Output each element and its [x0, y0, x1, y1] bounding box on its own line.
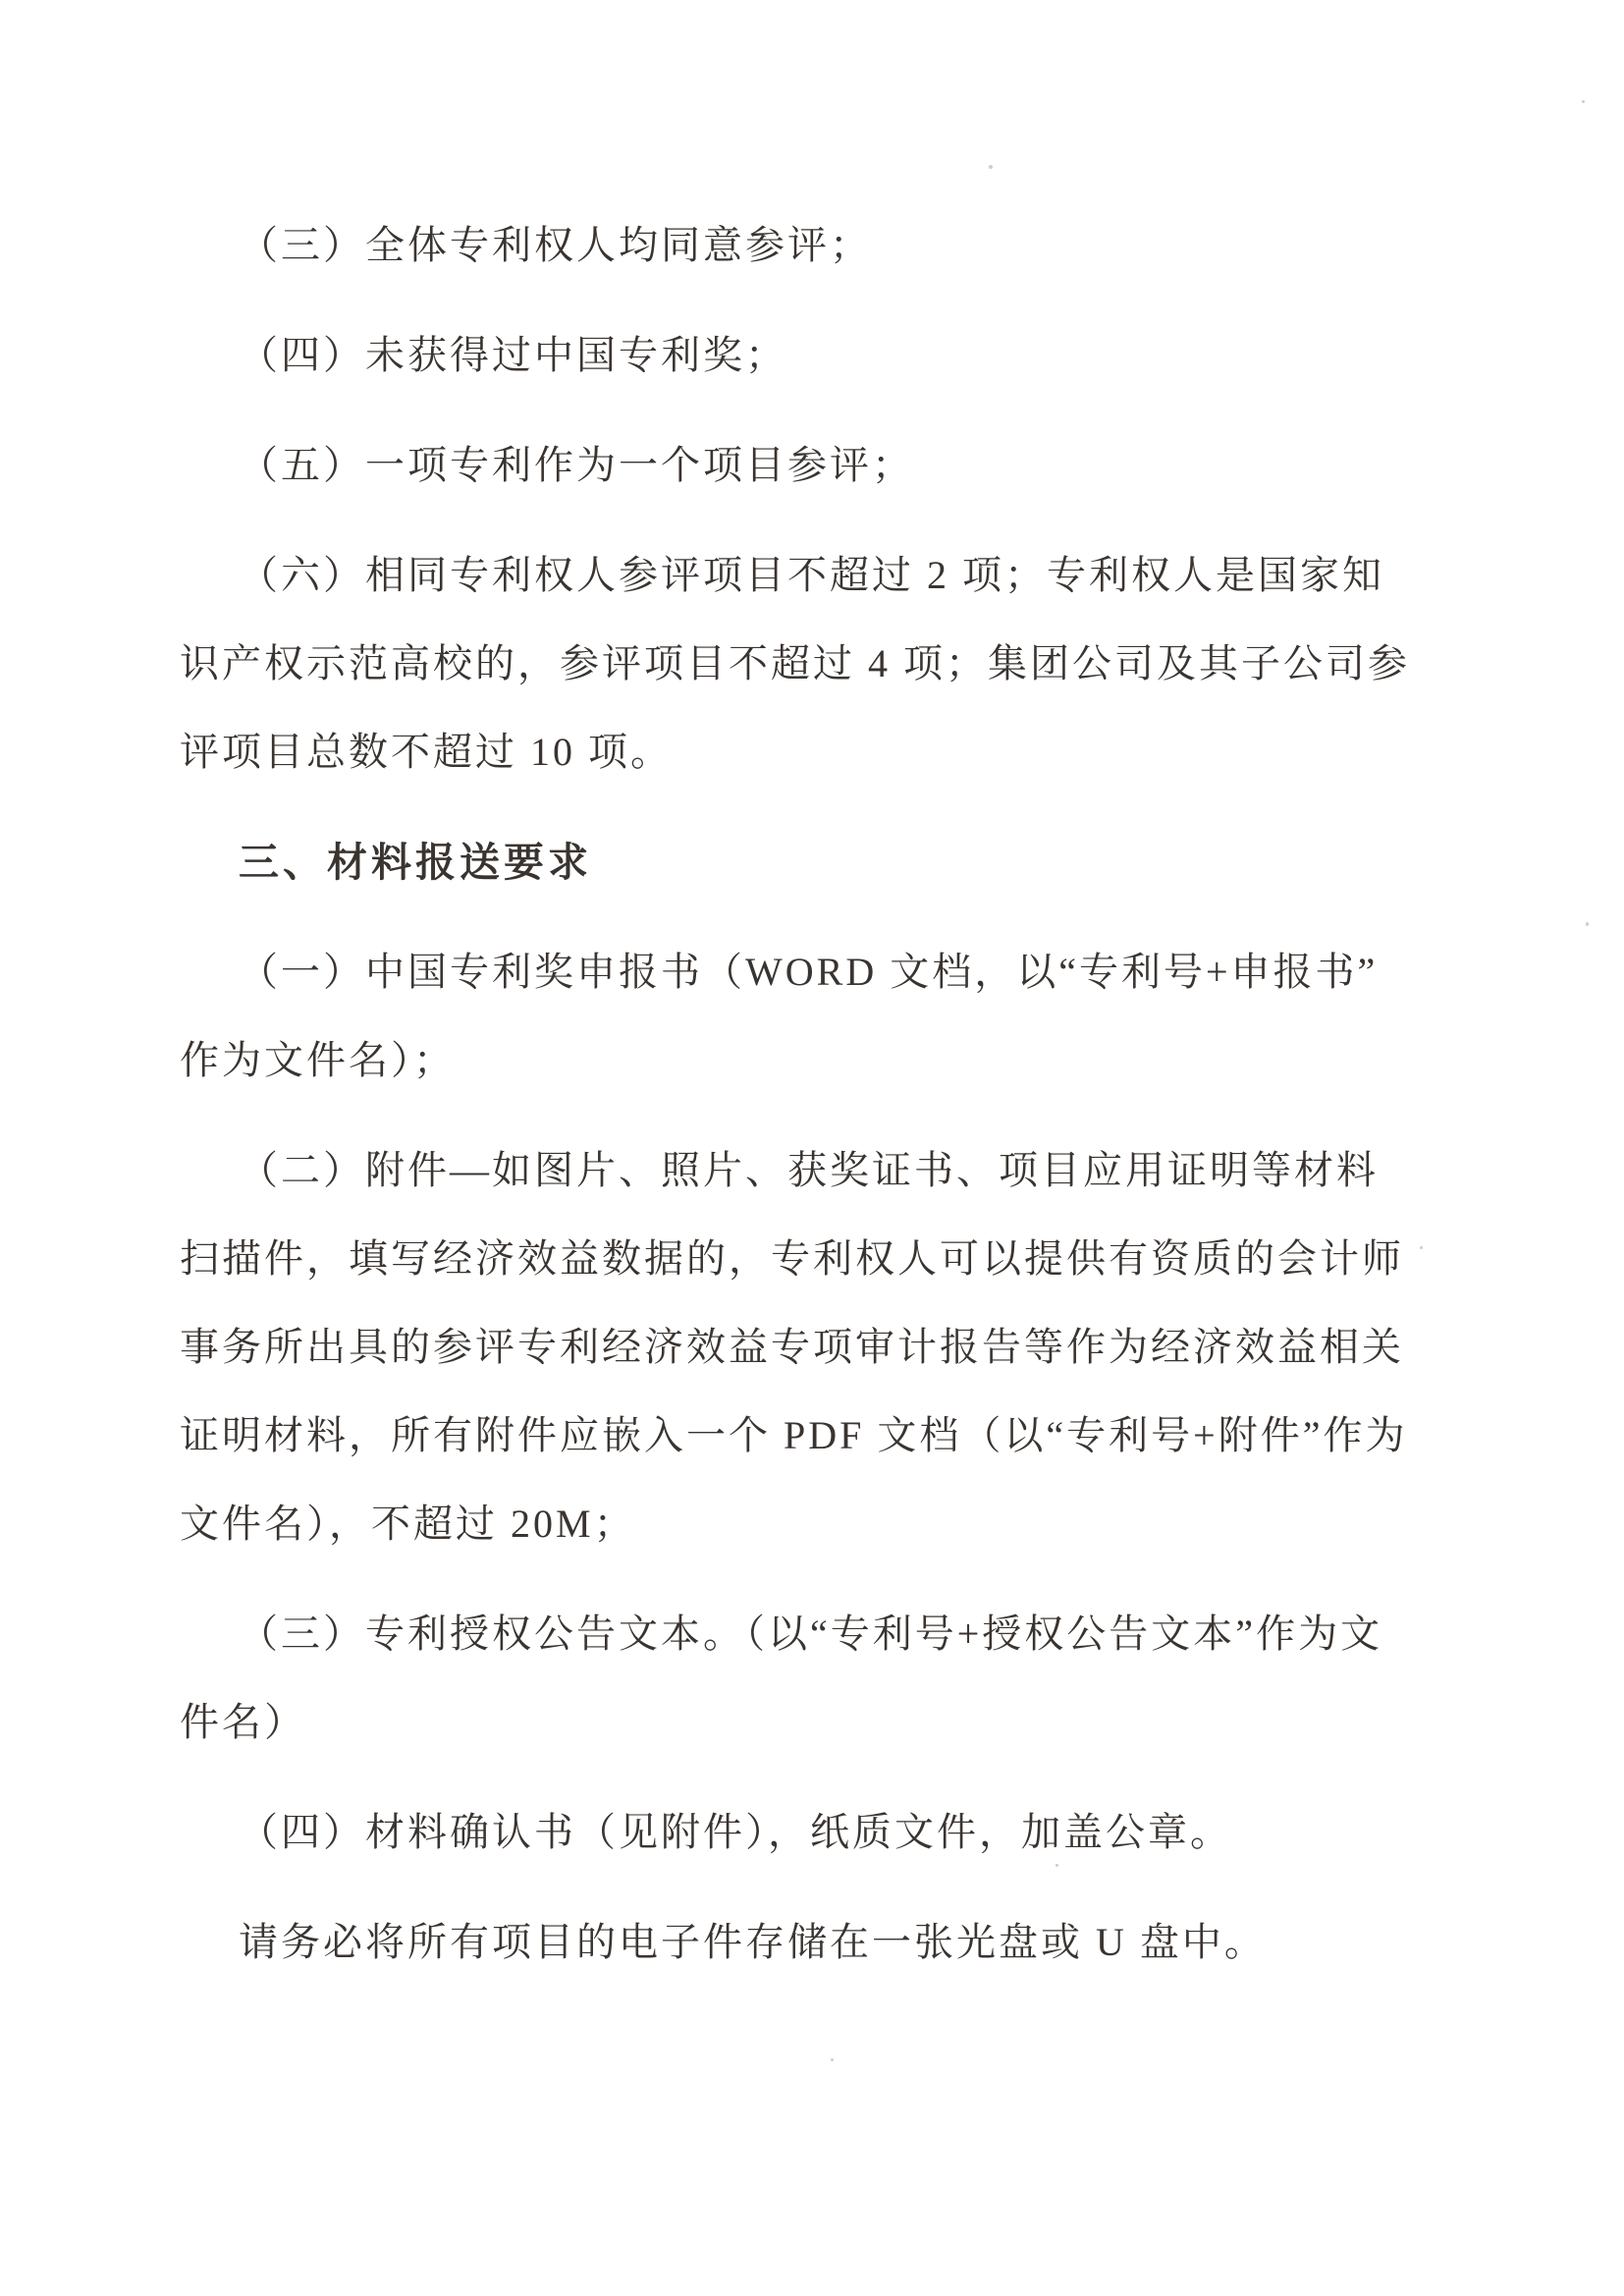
paragraph-material-1: （一）中国专利奖申报书（WORD 文档，以“专利号+申报书” 作为文件名）； [180, 928, 1496, 1105]
paragraph-condition-5: （五）一项专利作为一个项目参评； [180, 421, 1496, 510]
scan-speck [1582, 100, 1585, 103]
scan-speck [979, 566, 983, 569]
section-heading-materials: 三、材料报送要求 [180, 818, 1496, 906]
doc-line: （五）一项专利作为一个项目参评； [180, 421, 1496, 510]
paragraph-storage-note: 请务必将所有项目的电子件存储在一张光盘或 U 盘中。 [180, 1898, 1496, 1987]
doc-line: （四）未获得过中国专利奖； [180, 311, 1496, 400]
scan-speck [989, 165, 993, 169]
doc-line: （四）材料确认书（见附件），纸质文件，加盖公章。 [180, 1788, 1496, 1877]
doc-line: （三）全体专利权人均同意参评； [180, 201, 1496, 290]
doc-line: 请务必将所有项目的电子件存储在一张光盘或 U 盘中。 [180, 1898, 1496, 1987]
paragraph-material-3: （三）专利授权公告文本。（以“专利号+授权公告文本”作为文 件名） [180, 1590, 1496, 1767]
paragraph-condition-4: （四）未获得过中国专利奖； [180, 311, 1496, 400]
scan-speck [1056, 1864, 1058, 1867]
paragraph-material-2: （二）附件—如图片、照片、获奖证书、项目应用证明等材料 扫描件，填写经济效益数据… [180, 1126, 1496, 1568]
doc-line: 文件名），不超过 20M； [180, 1480, 1496, 1568]
doc-line: 件名） [180, 1678, 1496, 1767]
doc-line: （三）专利授权公告文本。（以“专利号+授权公告文本”作为文 [180, 1590, 1496, 1678]
doc-line: （一）中国专利奖申报书（WORD 文档，以“专利号+申报书” [180, 928, 1496, 1016]
doc-line: 作为文件名）； [180, 1016, 1496, 1105]
scanned-document-page: （三）全体专利权人均同意参评； （四）未获得过中国专利奖； （五）一项专利作为一… [0, 0, 1624, 2296]
section-heading-text: 三、材料报送要求 [180, 818, 1496, 906]
doc-line: 评项目总数不超过 10 项。 [180, 708, 1496, 796]
doc-line: 扫描件，填写经济效益数据的，专利权人可以提供有资质的会计师 [180, 1215, 1496, 1303]
doc-line: 证明材料，所有附件应嵌入一个 PDF 文档（以“专利号+附件”作为 [180, 1392, 1496, 1480]
document-body: （三）全体专利权人均同意参评； （四）未获得过中国专利奖； （五）一项专利作为一… [180, 201, 1496, 2008]
paragraph-condition-6: （六）相同专利权人参评项目不超过 2 项；专利权人是国家知 识产权示范高校的，参… [180, 531, 1496, 796]
scan-speck [1586, 922, 1589, 926]
paragraph-material-4: （四）材料确认书（见附件），纸质文件，加盖公章。 [180, 1788, 1496, 1877]
doc-line: （二）附件—如图片、照片、获奖证书、项目应用证明等材料 [180, 1126, 1496, 1215]
doc-line: 识产权示范高校的，参评项目不超过 4 项；集团公司及其子公司参 [180, 620, 1496, 708]
doc-line: 事务所出具的参评专利经济效益专项审计报告等作为经济效益相关 [180, 1303, 1496, 1392]
scan-speck [1420, 1246, 1423, 1249]
doc-line: （六）相同专利权人参评项目不超过 2 项；专利权人是国家知 [180, 531, 1496, 620]
paragraph-condition-3: （三）全体专利权人均同意参评； [180, 201, 1496, 290]
scan-speck [831, 2058, 834, 2061]
